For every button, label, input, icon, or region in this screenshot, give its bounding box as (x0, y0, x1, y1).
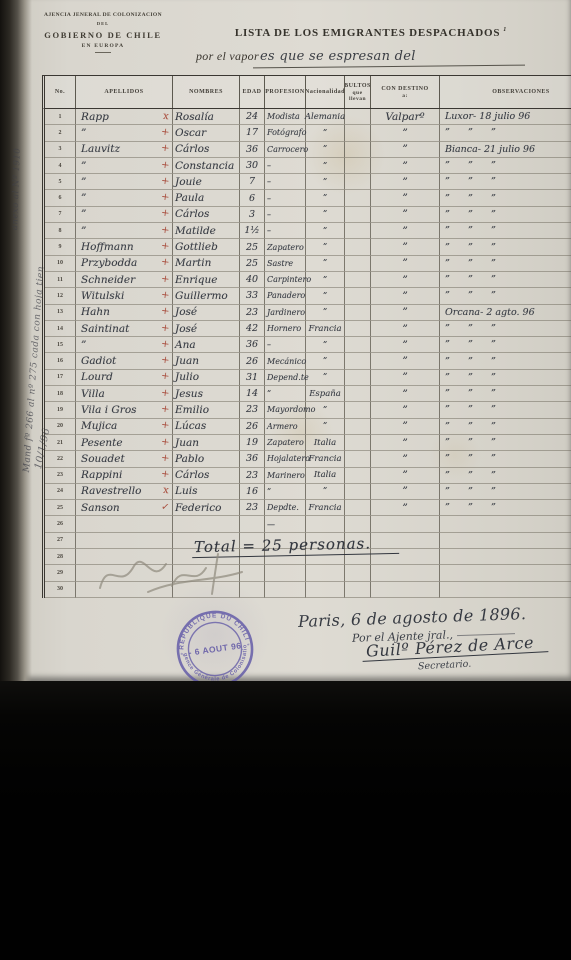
cell-bultos (345, 582, 371, 598)
cell-row-number: 17 (45, 370, 76, 386)
title-footnote: 1 (503, 27, 507, 33)
subtitle-rule (253, 65, 525, 69)
column-header-bultos: BULTOSque llevan (345, 76, 371, 108)
red-tally-mark: + (160, 323, 170, 334)
cell-nombres: Lúcas (173, 419, 240, 435)
column-header-profesion: PROFESION (265, 76, 306, 108)
apellido-text: Ravestrello (81, 485, 141, 497)
cell-nombres: José (173, 305, 240, 321)
cell-profesion: Carrocero (265, 142, 306, 158)
cell-bultos (345, 484, 371, 500)
apellido-text: Villa (81, 388, 105, 400)
cell-destino (371, 582, 440, 598)
cell-nacionalidad: ” (306, 142, 345, 158)
cell-profesion: Hojalatero (265, 451, 306, 467)
cell-destino: ” (371, 337, 440, 353)
apellido-text: ” (81, 176, 86, 188)
apellido-text: ” (81, 225, 86, 237)
cell-profesion: Mayordomo (265, 402, 306, 418)
subtitle-printed: por el vapor (196, 49, 259, 63)
red-tally-mark: + (160, 339, 170, 350)
cell-nombres: Julio (173, 370, 240, 386)
cell-observaciones: ” ” ” (440, 370, 571, 386)
cell-row-number: 30 (45, 582, 76, 598)
cell-observaciones: ” ” ” (440, 158, 571, 174)
svg-text:Agence Générale de Colonisatio: Agence Générale de Colonisation (153, 587, 253, 681)
cell-profesion: Zapatero (265, 239, 306, 255)
cell-apellidos: ”+ (76, 174, 173, 190)
cell-apellidos: Vila i Gros+ (76, 402, 173, 418)
cell-observaciones: ” ” ” (440, 239, 571, 255)
apellido-text: Saintinat (81, 323, 129, 335)
cell-nombres (173, 516, 240, 532)
table-header: No.APELLIDOSNOMBRESEDADPROFESIONNacional… (42, 76, 571, 109)
red-tally-mark: + (160, 453, 170, 464)
cell-edad: 40 (240, 272, 265, 288)
cell-observaciones: Orcana- 2 agto. 96 (440, 305, 571, 321)
cell-apellidos: Hahn+ (76, 305, 173, 321)
cell-bultos (345, 565, 371, 581)
cell-observaciones: ” ” ” (440, 402, 571, 418)
cell-nombres: Jouie (173, 174, 240, 190)
cell-row-number: 14 (45, 321, 76, 337)
stamp-left-star: * (180, 652, 184, 658)
cell-row-number: 11 (45, 272, 76, 288)
cell-profesion: Marinero (265, 468, 306, 484)
cell-observaciones: ” ” ” (440, 386, 571, 402)
cell-bultos (345, 516, 371, 532)
cell-bultos (345, 288, 371, 304)
cell-destino: ” (371, 142, 440, 158)
cell-observaciones (440, 549, 571, 565)
red-tally-mark: + (160, 258, 170, 269)
cell-bultos (345, 353, 371, 369)
cell-row-number: 2 (45, 125, 76, 141)
cell-destino: ” (371, 125, 440, 141)
red-tally-mark: + (160, 404, 170, 415)
cell-edad: 6 (240, 190, 265, 206)
cell-row-number: 26 (45, 516, 76, 532)
cell-row-number: 16 (45, 353, 76, 369)
cell-bultos (345, 321, 371, 337)
cell-row-number: 7 (45, 207, 76, 223)
cell-row-number: 21 (45, 435, 76, 451)
apellido-text: ” (81, 339, 86, 351)
scanned-document-page: { "document": { "letterhead": { "line1":… (0, 0, 571, 960)
column-header-apellidos: APELLIDOS (76, 76, 173, 108)
cell-nacionalidad: Francia (306, 500, 345, 516)
apellido-text: Hahn (81, 306, 110, 318)
cell-edad: 23 (240, 402, 265, 418)
cell-nombres: Luis (173, 484, 240, 500)
cell-apellidos: Mujica+ (76, 419, 173, 435)
cell-edad: 23 (240, 468, 265, 484)
scanner-background (0, 681, 571, 960)
cell-observaciones: ” ” ” (440, 321, 571, 337)
cell-nacionalidad: ” (306, 337, 345, 353)
red-tally-mark: + (160, 225, 170, 236)
cell-apellidos: Souadet+ (76, 451, 173, 467)
cell-bultos (345, 370, 371, 386)
cell-bultos (345, 109, 371, 125)
cell-nacionalidad: ” (306, 272, 345, 288)
cell-row-number: 20 (45, 419, 76, 435)
cell-profesion: – (265, 207, 306, 223)
cell-row-number: 10 (45, 256, 76, 272)
cell-edad (240, 516, 265, 532)
letterhead-line3: GOBIERNO DE CHILE (38, 30, 168, 40)
cell-profesion: Sastre (265, 256, 306, 272)
cell-observaciones (440, 565, 571, 581)
red-tally-mark: + (160, 241, 170, 252)
table-body: 1RappxRosalía24ModistaAlemaniaValparºLux… (42, 109, 571, 598)
cell-nacionalidad: España (306, 386, 345, 402)
cell-bultos (345, 207, 371, 223)
red-tally-mark: + (160, 209, 170, 220)
apellido-text: ” (81, 160, 86, 172)
cell-edad: 3 (240, 207, 265, 223)
red-tally-mark: + (160, 388, 170, 399)
binding-edge-shadow (0, 0, 32, 681)
cell-profesion: Hornero (265, 321, 306, 337)
cell-observaciones: ” ” ” (440, 451, 571, 467)
cell-row-number: 27 (45, 533, 76, 549)
cell-nacionalidad: ” (306, 125, 345, 141)
cell-bultos (345, 158, 371, 174)
cell-observaciones (440, 582, 571, 598)
cell-bultos (345, 386, 371, 402)
cell-edad: 33 (240, 288, 265, 304)
cell-nacionalidad: ” (306, 158, 345, 174)
cell-nombres: Pablo (173, 451, 240, 467)
cell-edad: 23 (240, 305, 265, 321)
cell-observaciones: Luxor- 18 julio 96 (440, 109, 571, 125)
cell-observaciones (440, 533, 571, 549)
cell-bultos (345, 402, 371, 418)
cell-profesion: Mecánico (265, 353, 306, 369)
cell-nacionalidad: ” (306, 402, 345, 418)
cell-observaciones: Bianca- 21 julio 96 (440, 142, 571, 158)
cell-row-number: 12 (45, 288, 76, 304)
cell-nombres: Rosalía (173, 109, 240, 125)
cell-apellidos: ”+ (76, 337, 173, 353)
cell-profesion: Panadero (265, 288, 306, 304)
cell-apellidos: Schneider+ (76, 272, 173, 288)
cell-row-number: 3 (45, 142, 76, 158)
red-tally-mark: + (160, 274, 170, 285)
apellido-text: Przybodda (81, 257, 137, 269)
cell-edad: 19 (240, 435, 265, 451)
red-tally-mark: + (160, 193, 170, 204)
cell-destino: ” (371, 223, 440, 239)
cell-bultos (345, 468, 371, 484)
cell-destino: ” (371, 435, 440, 451)
red-tally-mark: ✓ (160, 502, 170, 513)
cell-destino: ” (371, 272, 440, 288)
cell-nacionalidad: ” (306, 174, 345, 190)
cell-observaciones: ” ” ” (440, 207, 571, 223)
cell-observaciones: ” ” ” (440, 337, 571, 353)
cell-destino: ” (371, 190, 440, 206)
cell-row-number: 1 (45, 109, 76, 125)
cell-apellidos: Rappx (76, 109, 173, 125)
red-tally-mark: + (160, 127, 170, 138)
cell-profesion: Depend.te (265, 370, 306, 386)
cell-row-number: 22 (45, 451, 76, 467)
cell-bultos (345, 305, 371, 321)
stamp-date: - 6 AOUT 96 (188, 640, 242, 657)
cell-bultos (345, 174, 371, 190)
subtitle-line: por el vapores que se espresan del (196, 47, 556, 65)
apellido-text: Witulski (81, 290, 124, 302)
cell-nacionalidad: ” (306, 370, 345, 386)
cell-profesion: Carpintero (265, 272, 306, 288)
apellido-text: Lourd (81, 371, 113, 383)
cell-nacionalidad: Italia (306, 435, 345, 451)
column-header-edad: EDAD (240, 76, 265, 108)
cell-edad: 31 (240, 370, 265, 386)
cell-nombres: Emilio (173, 402, 240, 418)
apellido-text: Gadiot (81, 355, 116, 367)
cell-destino: ” (371, 500, 440, 516)
cell-observaciones (440, 516, 571, 532)
cell-edad: 36 (240, 451, 265, 467)
cell-bultos (345, 272, 371, 288)
red-tally-mark: + (160, 372, 170, 383)
cell-profesion: – (265, 337, 306, 353)
apellido-text: Lauvitz (81, 143, 120, 155)
cell-apellidos: Rappini+ (76, 468, 173, 484)
cell-observaciones: ” ” ” (440, 174, 571, 190)
cell-observaciones: ” ” ” (440, 484, 571, 500)
agency-letterhead: AJENCIA JENERAL DE COLONIZACION DEL GOBI… (38, 12, 168, 53)
cell-observaciones: ” ” ” (440, 125, 571, 141)
cell-apellidos: ”+ (76, 223, 173, 239)
cell-edad: 36 (240, 142, 265, 158)
stamp-right-star: * (247, 643, 251, 649)
cell-nombres: Cárlos (173, 468, 240, 484)
cell-edad: 24 (240, 109, 265, 125)
apellido-text: Vila i Gros (81, 404, 137, 416)
column-header-observaciones: OBSERVACIONES (440, 76, 571, 108)
column-header-nombres: NOMBRES (173, 76, 240, 108)
cell-edad: 25 (240, 256, 265, 272)
column-header-no: No. (45, 76, 76, 108)
cell-edad: 14 (240, 386, 265, 402)
cell-destino: ” (371, 207, 440, 223)
subtitle-handwritten: es que se espresan del (260, 49, 416, 64)
apellido-text: Sanson (81, 502, 120, 514)
cell-nacionalidad: ” (306, 256, 345, 272)
cell-row-number: 4 (45, 158, 76, 174)
red-tally-mark: + (160, 470, 170, 481)
cell-destino: ” (371, 370, 440, 386)
cell-row-number: 23 (45, 468, 76, 484)
page-title-text: LISTA DE LOS EMIGRANTES DESPACHADOS (235, 27, 500, 39)
cell-bultos (345, 142, 371, 158)
cell-nacionalidad: ” (306, 239, 345, 255)
apellido-text: Hoffmann (81, 241, 134, 253)
stamp-bottom-text: Agence Générale de Colonisation (153, 587, 253, 681)
cell-destino: ” (371, 288, 440, 304)
cell-nombres: Cárlos (173, 142, 240, 158)
cell-apellidos (76, 516, 173, 532)
cell-observaciones: ” ” ” (440, 223, 571, 239)
cell-profesion: – (265, 190, 306, 206)
agency-date-stamp: RÉPUBLIQUE DU CHILI Agence Générale de C… (153, 587, 277, 681)
cell-destino: ” (371, 386, 440, 402)
cell-observaciones: ” ” ” (440, 256, 571, 272)
cell-apellidos: ”+ (76, 207, 173, 223)
red-tally-mark: + (160, 144, 170, 155)
cell-edad: 26 (240, 419, 265, 435)
cell-nombres: José (173, 321, 240, 337)
red-tally-mark: x (163, 111, 170, 122)
apellido-text: ” (81, 208, 86, 220)
cell-observaciones: ” ” ” (440, 435, 571, 451)
cell-row-number: 24 (45, 484, 76, 500)
cell-destino: ” (371, 353, 440, 369)
apellido-text: ” (81, 127, 86, 139)
apellido-text: Souadet (81, 453, 125, 465)
cell-destino: ” (371, 239, 440, 255)
signatory-role: Secretario. (418, 659, 472, 673)
cell-row-number: 18 (45, 386, 76, 402)
cell-nacionalidad: Francia (306, 451, 345, 467)
cell-profesion: Fotógrafo (265, 125, 306, 141)
red-tally-mark: + (160, 176, 170, 187)
cell-nacionalidad: ” (306, 419, 345, 435)
cell-destino: ” (371, 158, 440, 174)
cell-apellidos: Lourd+ (76, 370, 173, 386)
apellido-text: Rappini (81, 469, 122, 481)
cell-row-number: 9 (45, 239, 76, 255)
cell-bultos (345, 337, 371, 353)
apellido-text: Rapp (81, 111, 109, 123)
red-tally-mark: + (160, 356, 170, 367)
cell-profesion (265, 582, 306, 598)
red-tally-mark: + (160, 290, 170, 301)
red-tally-mark: + (160, 160, 170, 171)
cell-apellidos: ”+ (76, 190, 173, 206)
cell-destino: ” (371, 484, 440, 500)
cell-apellidos: Lauvitz+ (76, 142, 173, 158)
cell-profesion: – (265, 174, 306, 190)
cell-bultos (345, 239, 371, 255)
cell-row-number: 28 (45, 549, 76, 565)
cell-row-number: 13 (45, 305, 76, 321)
red-tally-mark: + (160, 437, 170, 448)
cell-observaciones: ” ” ” (440, 419, 571, 435)
apellido-text: Pesente (81, 437, 123, 449)
cell-bultos (345, 419, 371, 435)
cell-destino (371, 565, 440, 581)
cell-edad: 30 (240, 158, 265, 174)
cell-edad: 7 (240, 174, 265, 190)
cell-profesion: Modista (265, 109, 306, 125)
cell-profesion: ” (265, 484, 306, 500)
cell-apellidos: ”+ (76, 125, 173, 141)
cell-nombres: Juan (173, 435, 240, 451)
cell-destino: ” (371, 419, 440, 435)
cell-apellidos: Witulski+ (76, 288, 173, 304)
cell-nacionalidad: ” (306, 223, 345, 239)
cell-profesion: — (265, 516, 306, 532)
cell-bultos (345, 190, 371, 206)
cell-profesion: Zapatero (265, 435, 306, 451)
apellido-text: ” (81, 192, 86, 204)
column-header-nacionalidad: Nacionalidad (306, 76, 345, 108)
cell-destino (371, 516, 440, 532)
cell-nacionalidad: ” (306, 353, 345, 369)
cell-apellidos: Gadiot+ (76, 353, 173, 369)
cell-nombres: Juan (173, 353, 240, 369)
cell-nombres: Matilde (173, 223, 240, 239)
red-tally-mark: + (160, 421, 170, 432)
cell-profesion: Jardinero (265, 305, 306, 321)
letterhead-flourish (95, 52, 111, 53)
cell-destino: ” (371, 256, 440, 272)
cell-edad: 36 (240, 337, 265, 353)
cell-edad: 16 (240, 484, 265, 500)
cell-bultos (345, 500, 371, 516)
cell-nombres: Constancia (173, 158, 240, 174)
cell-nombres: Oscar (173, 125, 240, 141)
cell-bultos (345, 223, 371, 239)
letterhead-line1: AJENCIA JENERAL DE COLONIZACION (38, 12, 168, 18)
cell-nombres: Ana (173, 337, 240, 353)
cell-nombres: Martin (173, 256, 240, 272)
cell-apellidos: Pesente+ (76, 435, 173, 451)
cell-destino: ” (371, 402, 440, 418)
cell-apellidos: Przybodda+ (76, 256, 173, 272)
cell-profesion: Depdte. (265, 500, 306, 516)
cell-apellidos: Hoffmann+ (76, 239, 173, 255)
cell-profesion: – (265, 158, 306, 174)
cell-nacionalidad: Francia (306, 321, 345, 337)
cell-bultos (345, 256, 371, 272)
cell-edad: 23 (240, 500, 265, 516)
cell-nombres: Federico (173, 500, 240, 516)
cell-destino: ” (371, 321, 440, 337)
cell-bultos (345, 125, 371, 141)
cell-observaciones: ” ” ” (440, 272, 571, 288)
cell-destino: ” (371, 174, 440, 190)
cell-nacionalidad: ” (306, 484, 345, 500)
pencil-scribble (92, 548, 262, 596)
cell-nacionalidad: Italia (306, 468, 345, 484)
cell-profesion: Armero (265, 419, 306, 435)
cell-row-number: 5 (45, 174, 76, 190)
cell-apellidos: Saintinat+ (76, 321, 173, 337)
cell-row-number: 19 (45, 402, 76, 418)
cell-edad: 26 (240, 353, 265, 369)
emigrant-table: No.APELLIDOSNOMBRESEDADPROFESIONNacional… (42, 75, 571, 599)
cell-destino: Valparº (371, 109, 440, 125)
cell-nacionalidad (306, 565, 345, 581)
cell-edad: 42 (240, 321, 265, 337)
cell-observaciones: ” ” ” (440, 500, 571, 516)
cell-edad: 25 (240, 239, 265, 255)
apellido-text: Schneider (81, 274, 135, 286)
cell-apellidos: ”+ (76, 158, 173, 174)
cell-bultos (345, 435, 371, 451)
cell-apellidos: Ravestrellox (76, 484, 173, 500)
cell-nombres: Jesus (173, 386, 240, 402)
cell-row-number: 29 (45, 565, 76, 581)
cell-nombres: Paula (173, 190, 240, 206)
cell-nombres: Guillermo (173, 288, 240, 304)
